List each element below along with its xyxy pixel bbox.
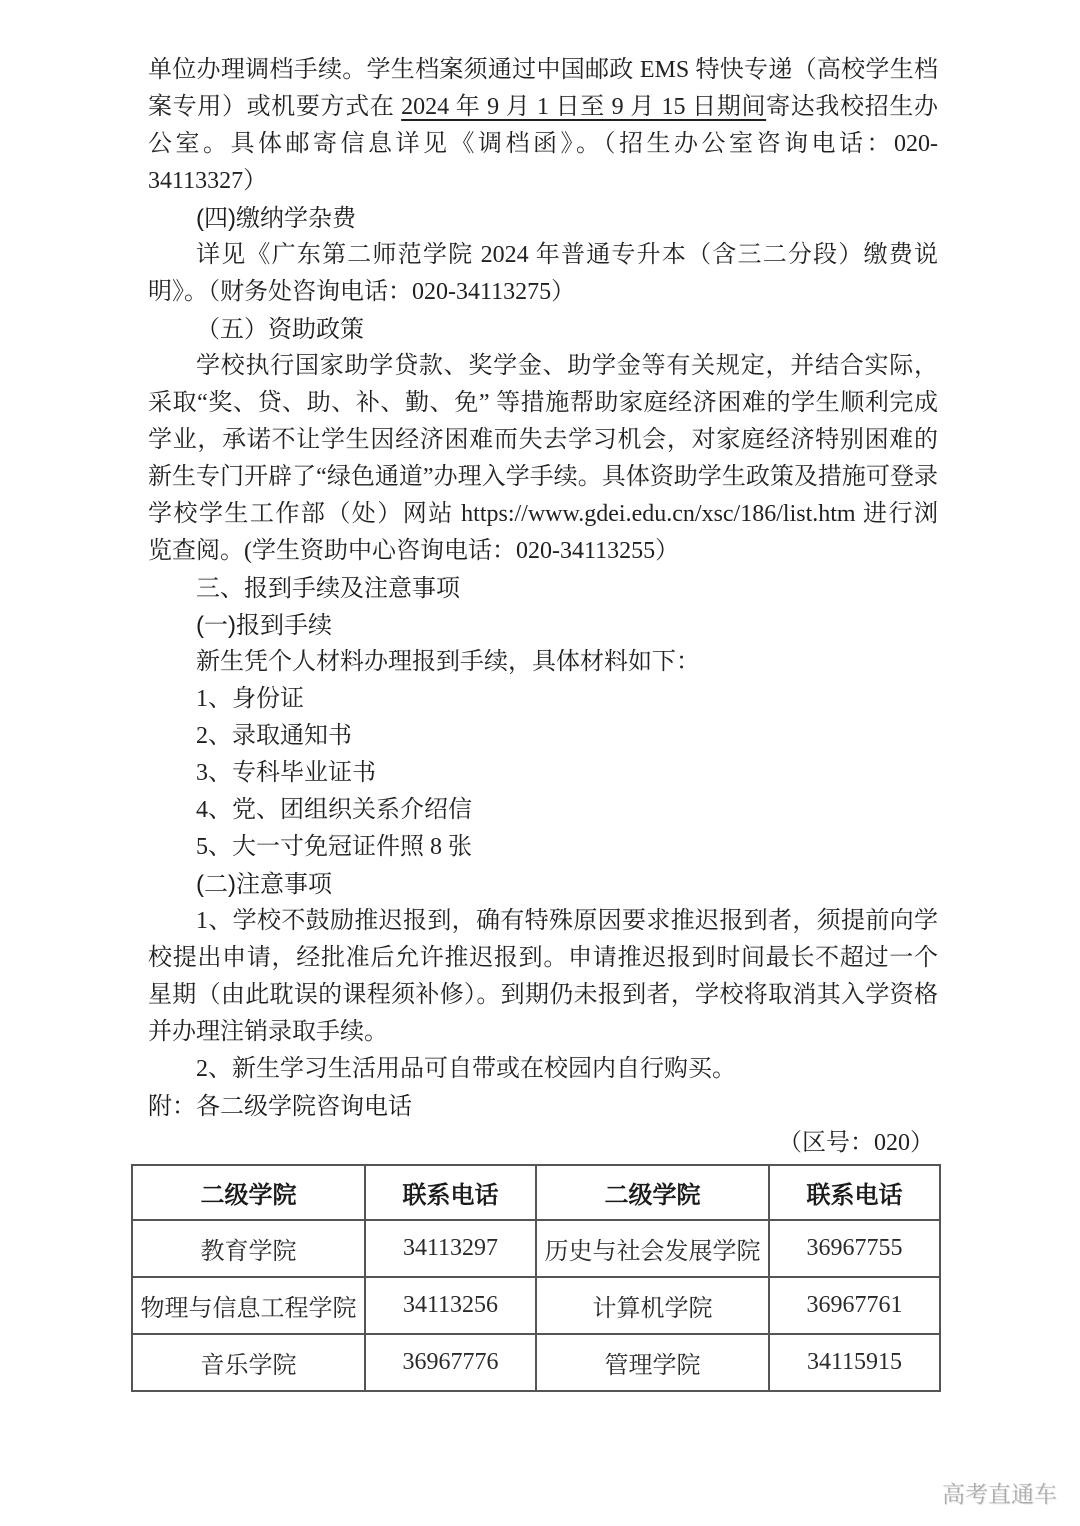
heading-financial-aid: （五）资助政策 [148,311,938,348]
list-item-material-diploma: 3、专科毕业证书 [148,755,938,792]
cell-college-name: 历史与社会发展学院 [536,1220,769,1277]
cell-college-name: 物理与信息工程学院 [132,1277,365,1334]
underlined-date-range: 2024 年 9 月 1 日至 9 月 15 日期间 [401,94,766,120]
cell-phone-number: 36967761 [769,1277,940,1334]
heading-part3-checkin-and-notes: 三、报到手续及注意事项 [148,570,938,607]
document-page: 单位办理调档手续。学生档案须通过中国邮政 EMS 特快专递（高校学生档案专用）或… [0,0,1080,1526]
cell-college-name: 音乐学院 [132,1334,365,1391]
paragraph-financial-aid: 学校执行国家助学贷款、奖学金、助学金等有关规定，并结合实际，采取“奖、贷、助、补… [148,348,938,570]
list-item-material-photos: 5、大一寸免冠证件照 8 张 [148,829,938,866]
cell-phone-number: 36967776 [365,1334,536,1391]
paragraph-checkin-intro: 新生凭个人材料办理报到手续，具体材料如下： [148,644,938,681]
watermark-gaokao-zhitongche: 高考直通车 [942,1476,1057,1509]
list-item-material-org-letter: 4、党、团组织关系介绍信 [148,792,938,829]
heading-appendix-phones: 附：各二级学院咨询电话 [148,1088,938,1125]
col-header-college-left: 二级学院 [132,1165,365,1220]
document-content: 单位办理调档手续。学生档案须通过中国邮政 EMS 特快专递（高校学生档案专用）或… [148,52,938,1392]
table-row: 物理与信息工程学院 34113256 计算机学院 36967761 [132,1277,940,1334]
cell-college-name: 计算机学院 [536,1277,769,1334]
heading-notes: (二)注意事项 [148,866,938,903]
paragraph-note-late-checkin: 1、学校不鼓励推迟报到，确有特殊原因要求推迟报到者，须提前向学校提出申请，经批准… [148,903,938,1051]
table-row: 音乐学院 36967776 管理学院 34115915 [132,1334,940,1391]
paragraph-note-supplies: 2、新生学习生活用品可自带或在校园内自行购买。 [148,1051,938,1088]
heading-checkin-procedure: (一)报到手续 [148,607,938,644]
list-item-material-id-card: 1、身份证 [148,681,938,718]
college-phone-table: 二级学院 联系电话 二级学院 联系电话 教育学院 34113297 历史与社会发… [131,1164,941,1392]
paragraph-pay-fees: 详见《广东第二师范学院 2024 年普通专升本（含三二分段）缴费说明》。（财务处… [148,237,938,311]
cell-college-name: 管理学院 [536,1334,769,1391]
col-header-phone-right: 联系电话 [769,1165,940,1220]
col-header-college-right: 二级学院 [536,1165,769,1220]
cell-college-name: 教育学院 [132,1220,365,1277]
paragraph-archive-transfer: 单位办理调档手续。学生档案须通过中国邮政 EMS 特快专递（高校学生档案专用）或… [148,52,938,200]
list-item-material-admission-letter: 2、录取通知书 [148,718,938,755]
cell-phone-number: 34115915 [769,1334,940,1391]
col-header-phone-left: 联系电话 [365,1165,536,1220]
cell-phone-number: 34113256 [365,1277,536,1334]
cell-phone-number: 34113297 [365,1220,536,1277]
area-code-note: （区号：020） [148,1125,938,1162]
table-header-row: 二级学院 联系电话 二级学院 联系电话 [132,1165,940,1220]
heading-pay-fees: (四)缴纳学杂费 [148,200,938,237]
cell-phone-number: 36967755 [769,1220,940,1277]
table-row: 教育学院 34113297 历史与社会发展学院 36967755 [132,1220,940,1277]
